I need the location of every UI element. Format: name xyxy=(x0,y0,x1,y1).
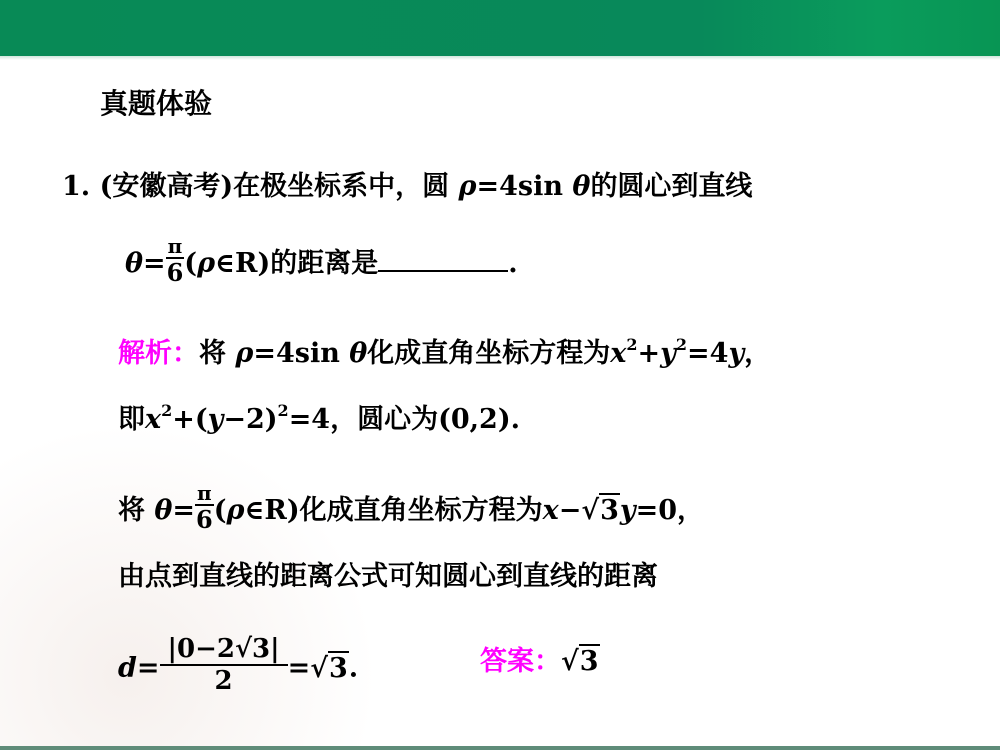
fraction-numerator: π xyxy=(195,483,214,506)
question-text: ∈R)的距离是 xyxy=(215,248,378,279)
question-number: 1. xyxy=(62,171,90,202)
footer-line xyxy=(0,746,1000,750)
theta-symbol: θ xyxy=(572,171,590,202)
theta-symbol: θ xyxy=(349,338,367,369)
solution-text: 将 xyxy=(199,338,235,369)
fraction-denominator: 6 xyxy=(195,506,214,532)
paren: ( xyxy=(214,495,227,526)
fraction-denominator: 6 xyxy=(166,259,185,285)
var-d: d xyxy=(118,653,137,684)
comma: ， xyxy=(744,338,771,369)
solution-line-3: 将 θ=π6(ρ∈R)化成直角坐标方程为x−√3y=0， xyxy=(118,487,704,536)
solution-label: 解析： xyxy=(118,338,199,369)
section-heading: 真题体验 xyxy=(100,90,212,118)
sqrt-sign: √ xyxy=(561,646,579,677)
var-y: y xyxy=(728,338,744,369)
rho-symbol: ρ xyxy=(197,248,215,279)
fraction-denominator: 2 xyxy=(160,666,288,694)
period: . xyxy=(349,653,358,684)
solution-line-1: 解析：将 ρ=4sin θ化成直角坐标方程为x2+y2=4y， xyxy=(118,337,771,367)
equation-text: =0， xyxy=(636,495,704,526)
var-x: x xyxy=(145,404,161,435)
exponent: 2 xyxy=(278,401,289,420)
exponent: 2 xyxy=(676,335,687,354)
theta-symbol: θ xyxy=(125,248,143,279)
radicand: 3 xyxy=(328,651,349,684)
answer-blank xyxy=(378,246,508,272)
equation-text: +( xyxy=(172,404,207,435)
var-x: x xyxy=(543,495,559,526)
equals-sign: = xyxy=(288,653,311,684)
fraction-pi-over-6: π6 xyxy=(166,236,185,285)
exponent: 2 xyxy=(161,401,172,420)
sqrt-3: √3 xyxy=(581,497,620,524)
solution-line-4: 由点到直线的距离公式可知圆心到直线的距离 xyxy=(118,563,658,590)
solution-line-5: d=|0−2√3|2=√3. xyxy=(118,640,358,698)
answer-line: 答案：√3 xyxy=(480,648,600,675)
banner-shadow xyxy=(0,56,1000,60)
equals-sign: = xyxy=(137,653,160,684)
paren: ( xyxy=(184,248,197,279)
radicand: 3 xyxy=(599,493,620,526)
var-y: y xyxy=(660,338,676,369)
var-y: y xyxy=(208,404,224,435)
rho-symbol: ρ xyxy=(235,338,253,369)
equals-sign: = xyxy=(172,495,195,526)
equation-text: =4sin xyxy=(253,338,349,369)
question-line-1: 1. (安徽高考)在极坐标系中，圆 ρ=4sin θ的圆心到直线 xyxy=(62,173,752,200)
sqrt-3: √3 xyxy=(561,648,600,675)
solution-line-2: 即x2+(y−2)2=4，圆心为(0,2). xyxy=(118,403,520,433)
solution-text: 即 xyxy=(118,404,145,435)
sqrt-sign: √ xyxy=(581,495,599,526)
plus-sign: + xyxy=(638,338,661,369)
equals-sign: = xyxy=(143,248,166,279)
fraction-pi-over-6: π6 xyxy=(195,483,214,532)
answer-label: 答案： xyxy=(480,646,561,677)
period: . xyxy=(508,248,517,279)
rho-symbol: ρ xyxy=(226,495,244,526)
rho-symbol: ρ xyxy=(459,171,477,202)
fraction-numerator: |0−2√3| xyxy=(160,636,288,666)
fraction-numerator: π xyxy=(166,236,185,259)
minus-sign: − xyxy=(559,495,582,526)
solution-text: ∈R)化成直角坐标方程为 xyxy=(244,495,542,526)
question-text: 的圆心到直线 xyxy=(590,171,752,202)
equation-text: −2) xyxy=(223,404,277,435)
sqrt-3: √3 xyxy=(310,655,349,682)
header-banner xyxy=(0,0,1000,56)
solution-text: 化成直角坐标方程为 xyxy=(367,338,610,369)
radicand: 3 xyxy=(579,644,600,677)
sqrt-sign: √ xyxy=(310,653,328,684)
distance-fraction: |0−2√3|2 xyxy=(160,636,288,694)
equation-text: =4sin xyxy=(477,171,573,202)
question-text: (安徽高考)在极坐标系中，圆 xyxy=(100,171,459,202)
exponent: 2 xyxy=(626,335,637,354)
solution-text: =4，圆心为(0,2). xyxy=(289,404,520,435)
var-x: x xyxy=(610,338,626,369)
theta-symbol: θ xyxy=(154,495,172,526)
equation-text: =4 xyxy=(687,338,728,369)
solution-text: 将 xyxy=(118,495,154,526)
question-line-2: θ=π6(ρ∈R)的距离是. xyxy=(125,240,518,289)
var-y: y xyxy=(620,495,636,526)
